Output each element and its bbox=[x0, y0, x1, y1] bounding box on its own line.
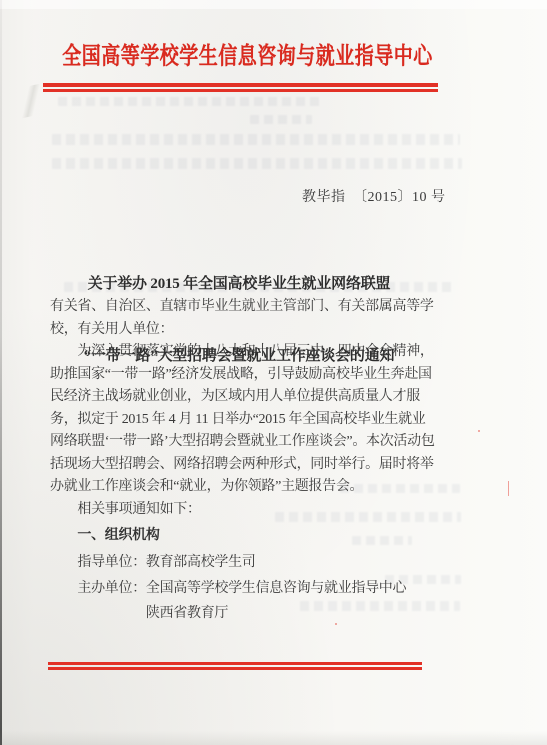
body-text-line: 为深入贯彻落实党的十八大和十八届三中、四中全会精神， bbox=[50, 341, 470, 364]
bleedthrough-artifact bbox=[52, 158, 462, 169]
document-number: 教毕指 〔2015〕10 号 bbox=[302, 186, 446, 206]
body-text-line: 有关省、自治区、直辖市毕业生就业主管部门、有关部属高等学 bbox=[50, 296, 470, 319]
bleedthrough-artifact bbox=[250, 115, 312, 124]
document-title-line-1: 关于举办 2015 年全国高校毕业生就业网络联盟 bbox=[0, 272, 478, 296]
body-text-line: 民经济主战场就业创业，为区域内用人单位提供高质量人才服 bbox=[50, 386, 470, 409]
body-text-line: 网络联盟‘一带一路’大型招聘会暨就业工作座谈会”。本次活动包 bbox=[50, 431, 470, 454]
bleedthrough-artifact bbox=[52, 134, 460, 145]
scan-dust-speck bbox=[508, 481, 509, 496]
host-unit-line-2: 陕西省教育厅 bbox=[50, 603, 470, 626]
scan-dust-speck bbox=[335, 623, 337, 625]
scan-top-edge bbox=[0, 0, 547, 9]
scan-dust-speck bbox=[478, 430, 480, 432]
letterhead-divider-line bbox=[43, 83, 438, 92]
host-unit-line: 主办单位：全国高等学校学生信息咨询与就业指导中心 bbox=[50, 578, 470, 601]
bleedthrough-artifact bbox=[58, 97, 320, 106]
section-heading-organization: 一、组织机构 bbox=[50, 525, 470, 548]
body-text-line: 括现场大型招聘会、网络招聘会两种形式，同时举行。届时将举 bbox=[50, 454, 470, 477]
body-text-line: 办就业工作座谈会和“就业，为你领路”主题报告会。 bbox=[50, 476, 470, 499]
footer-divider-line bbox=[48, 662, 422, 670]
body-text-line: 校，有关用人单位： bbox=[50, 319, 470, 342]
body-text-line: 务，拟定于 2015 年 4 月 11 日举办“2015 年全国高校毕业生就业 bbox=[50, 409, 470, 432]
scanned-document-page: 全国高等学校学生信息咨询与就业指导中心 教毕指 〔2015〕10 号 关于举办 … bbox=[0, 0, 547, 745]
document-body: 有关省、自治区、直辖市毕业生就业主管部门、有关部属高等学 校，有关用人单位： 为… bbox=[50, 296, 470, 625]
letterhead-org-name: 全国高等学校学生信息咨询与就业指导中心 bbox=[0, 38, 495, 71]
body-text-line: 相关事项通知如下： bbox=[50, 499, 470, 522]
guiding-unit-line: 指导单位：教育部高校学生司 bbox=[50, 552, 470, 575]
scan-bottom-edge bbox=[0, 731, 547, 745]
body-text-line: 助推国家“一带一路”经济发展战略，引导鼓励高校毕业生奔赴国 bbox=[50, 364, 470, 387]
